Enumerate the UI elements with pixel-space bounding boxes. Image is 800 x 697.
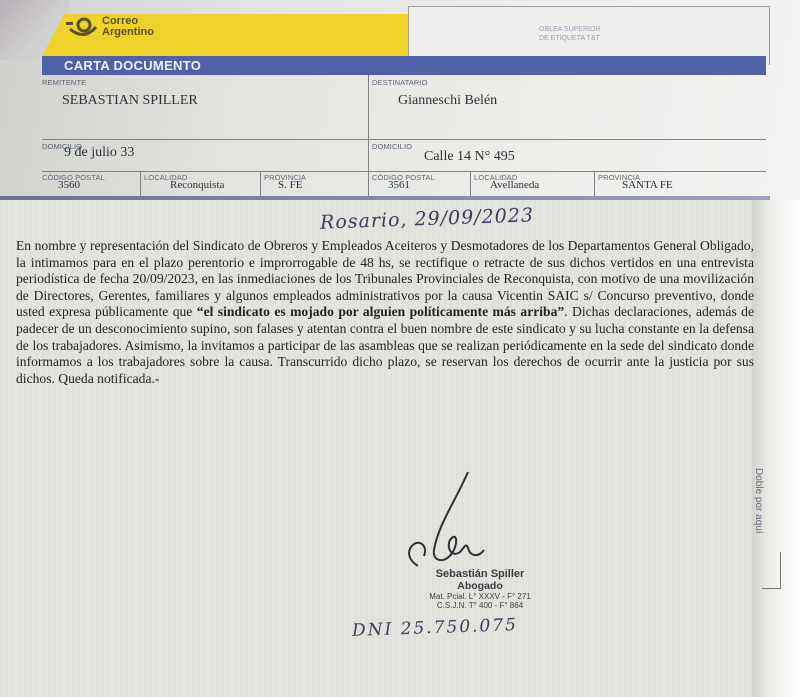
sender-label: REMITENTE — [42, 78, 86, 87]
fold-corner-mark-icon — [762, 552, 781, 589]
recipient-name: Gianneschi Belén — [398, 93, 497, 109]
recipient-label: DESTINATARIO — [372, 78, 428, 87]
handwritten-signature-icon — [398, 470, 508, 575]
signer-role: Abogado — [380, 580, 580, 592]
letter-quote: “el sindicato es mojado por alguien polí… — [197, 304, 564, 319]
recipient-cp: 3561 — [388, 179, 410, 191]
sender-localidad: Reconquista — [170, 179, 224, 191]
oblea-line2: DE ETIQUETA T&T — [539, 34, 600, 43]
document-type-title: CARTA DOCUMENTO — [64, 58, 201, 73]
correo-argentino-logo-icon — [66, 17, 98, 37]
recipient-provincia: SANTA FE — [622, 179, 673, 191]
cell-divider — [260, 171, 261, 196]
column-divider — [368, 75, 369, 196]
carta-documento-form-header: Correo Argentino OBLEA SUPERIOR DE ETIQU… — [40, 6, 768, 200]
signer-csjn: C.S.J.N. T° 400 - F° 864 — [380, 601, 580, 610]
signer-matricula: Mat. Pcial. L° XXXV - F° 271 — [380, 592, 580, 601]
sender-name: SEBASTIAN SPILLER — [62, 93, 198, 109]
sender-cp: 3560 — [58, 179, 80, 191]
sender-domicilio: 9 de julio 33 — [64, 145, 134, 161]
row-divider — [42, 171, 766, 172]
paper-edge — [752, 200, 800, 697]
recipient-localidad: Avellaneda — [490, 179, 539, 191]
row-divider — [42, 139, 766, 140]
cell-divider — [470, 171, 471, 196]
cell-divider — [140, 171, 141, 196]
letter-body: En nombre y representación del Sindicato… — [16, 238, 754, 387]
signature-stamp: Sebastián Spiller Abogado Mat. Pcial. L°… — [380, 568, 580, 610]
sender-provincia: S. FE — [278, 179, 302, 191]
document-type-bar: CARTA DOCUMENTO — [42, 56, 766, 75]
cell-divider — [594, 171, 595, 196]
signer-name: Sebastián Spiller — [380, 568, 580, 580]
brand-name: Correo Argentino — [102, 16, 154, 38]
recipient-domicilio-label: DOMICILIO — [372, 142, 412, 151]
oblea-line1: OBLEA SUPERIOR — [539, 25, 600, 34]
fold-instruction: Doble por aquí — [753, 468, 764, 534]
correo-argentino-logo: Correo Argentino — [66, 16, 154, 38]
brand-name-line2: Argentino — [102, 27, 154, 38]
tracking-label-caption: OBLEA SUPERIOR DE ETIQUETA T&T — [539, 25, 600, 43]
recipient-domicilio: Calle 14 N° 495 — [424, 149, 515, 165]
